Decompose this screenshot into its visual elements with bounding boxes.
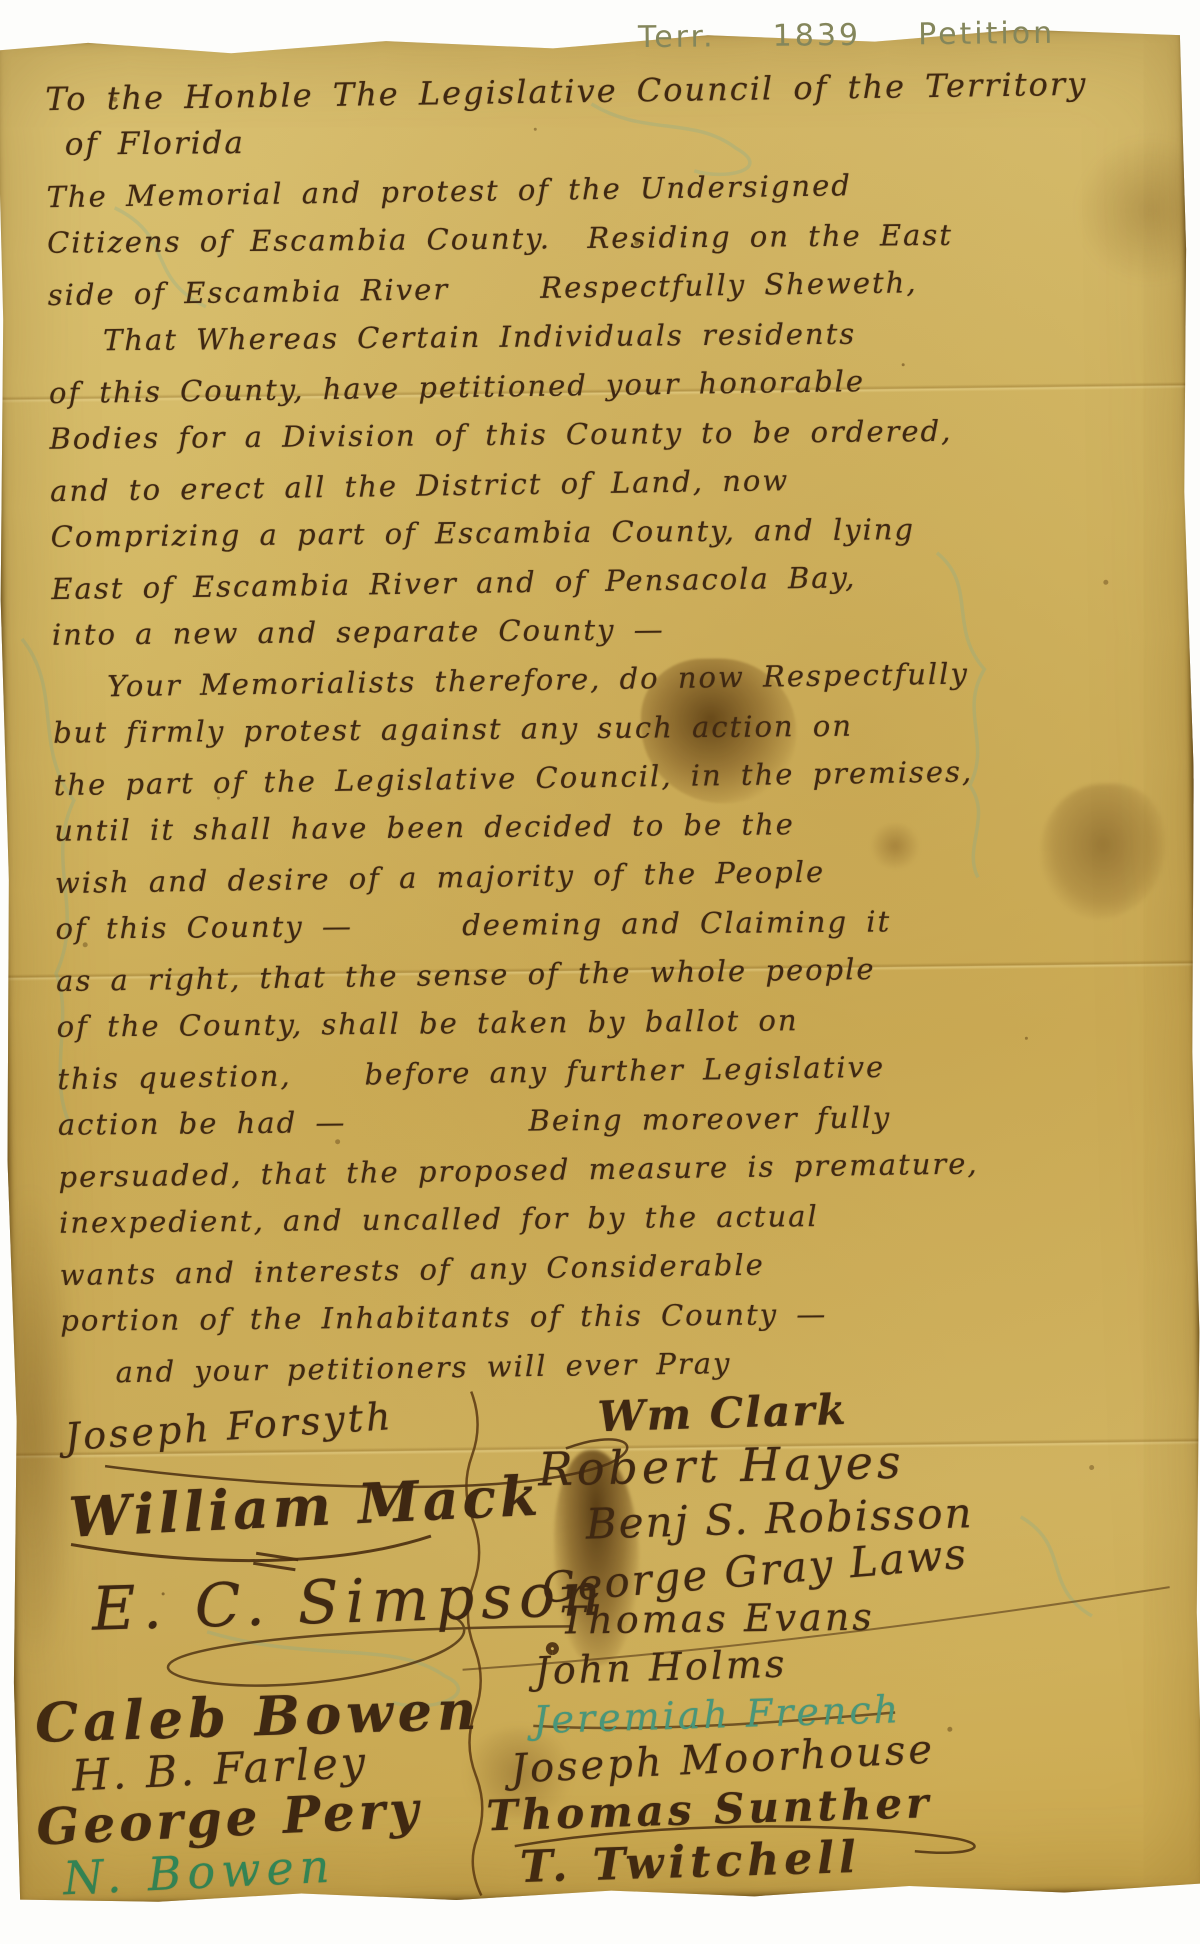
signature-robert-hayes: Robert Hayes	[538, 1435, 906, 1497]
signature-t-twitchell: T. Twitchell	[519, 1832, 861, 1893]
signature-e-c-simpson: E. C. Simpson	[91, 1559, 609, 1644]
scanned-document: To the Honble The Legislative Council of…	[0, 0, 1200, 1944]
signature-n-bowen: N. Bowen	[62, 1839, 337, 1906]
signature-thomas-evans: Thomas Evans	[560, 1595, 875, 1643]
signature-william-mack: William Mack	[67, 1463, 543, 1550]
signature-joseph-forsyth: Joseph Forsyth	[64, 1394, 395, 1459]
archival-annotation: Terr. 1839 Petition	[638, 16, 1055, 55]
signature-john-holms: John Holms	[534, 1642, 788, 1693]
petition-paper-sheet: To the Honble The Legislative Council of…	[0, 25, 1200, 1907]
signature-wm-clark: Wm Clark	[597, 1385, 848, 1441]
petition-body-text: To the Honble The Legislative Council of…	[45, 60, 1171, 1396]
